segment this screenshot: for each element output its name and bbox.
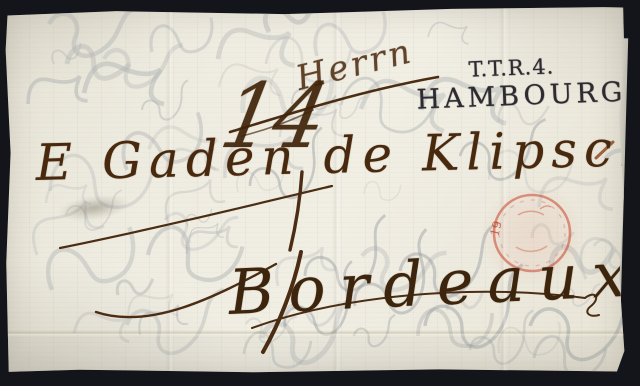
letter-paper: T.T.R.4. HAMBOURG 19	[5, 6, 625, 373]
cover-photo: T.T.R.4. HAMBOURG 19	[0, 0, 640, 386]
